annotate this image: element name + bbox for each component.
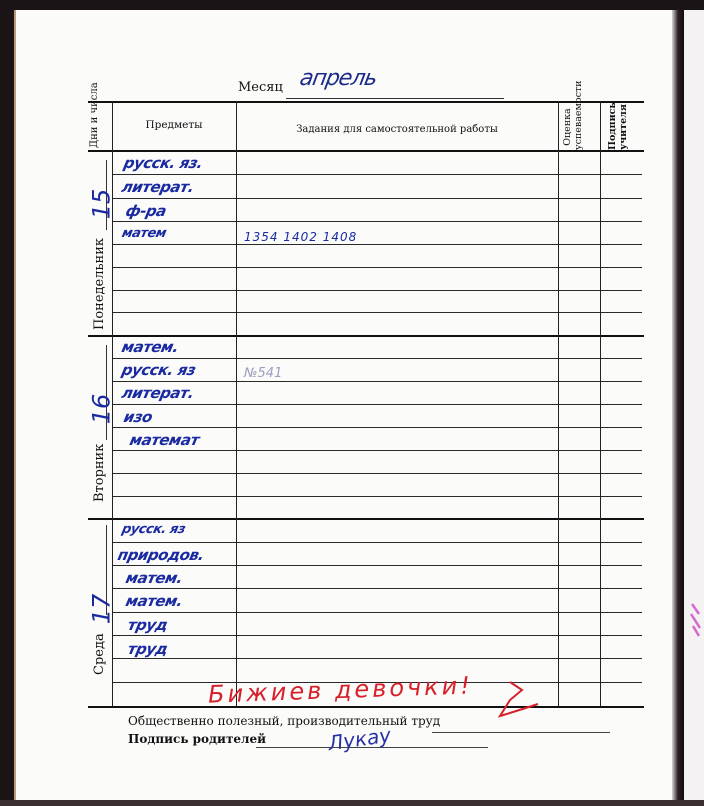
subject-cell: природов. (116, 546, 206, 564)
subject-cell: математ (128, 431, 201, 449)
date-wednesday: 17 (87, 594, 115, 625)
table-bottom-border (88, 706, 644, 708)
grade-column-divider (600, 101, 601, 706)
table-top-border (88, 101, 644, 103)
row-line (112, 450, 642, 451)
header-tasks: Задания для самостоятельной работы (236, 124, 558, 135)
date-tuesday: 16 (87, 394, 115, 425)
subject-cell: матем. (124, 592, 184, 610)
task-cell: 1354 1402 1408 (244, 230, 357, 244)
subject-cell: труд (126, 640, 169, 658)
tuesday-bottom-border (88, 518, 644, 520)
subject-cell: труд (126, 616, 169, 634)
row-line (112, 427, 642, 428)
row-line (112, 290, 642, 291)
subject-cell: матем. (120, 338, 180, 356)
month-label: Месяц (238, 80, 283, 95)
red-squiggle-icon (480, 680, 540, 730)
row-line (112, 198, 642, 199)
row-line (112, 404, 642, 405)
row-line (112, 244, 642, 245)
row-line (112, 496, 642, 497)
row-line (112, 358, 642, 359)
subject-cell: русск. яз (120, 522, 186, 537)
row-line (112, 635, 642, 636)
row-line (112, 658, 642, 659)
subject-cell: литерат. (120, 178, 195, 196)
book-spine (672, 10, 684, 806)
subject-cell: русск. яз (120, 361, 197, 379)
row-line (112, 221, 642, 222)
tasks-column-divider (558, 101, 559, 706)
header-days: Дни и числа (89, 102, 100, 148)
header-grade: Оценка успеваемости (563, 104, 584, 150)
page-bottom-edge (0, 800, 704, 806)
subjects-column-divider (236, 101, 237, 706)
row-line (112, 588, 642, 589)
row-line (112, 612, 642, 613)
header-teacher-signature: Подпись учителя (607, 104, 629, 150)
date-monday: 15 (87, 189, 115, 220)
weekday-tuesday: Вторник (92, 444, 107, 502)
labor-line (432, 732, 610, 733)
row-line (112, 174, 642, 175)
labor-label: Общественно полезный, производительный т… (128, 714, 440, 728)
row-line (112, 312, 642, 313)
task-cell: №541 (244, 366, 282, 381)
pink-mark-icon (690, 600, 702, 640)
subject-cell: матем. (124, 569, 184, 587)
weekday-wednesday: Среда (92, 633, 107, 675)
subject-cell: матем (120, 226, 167, 241)
header-subjects: Предметы (112, 119, 236, 131)
header-bottom-border (88, 150, 644, 152)
month-underline (286, 98, 504, 99)
monday-bottom-border (88, 335, 644, 337)
row-line (112, 473, 642, 474)
row-line (112, 381, 642, 382)
weekday-monday: Понедельник (92, 238, 107, 330)
subject-cell: литерат. (120, 384, 195, 402)
subject-cell: русск. яз. (122, 154, 204, 172)
parent-signature-label: Подпись родителей (128, 732, 266, 746)
subject-cell: ф-ра (124, 202, 168, 220)
month-value: апрель (298, 66, 379, 91)
date-line (106, 345, 107, 440)
row-line (112, 565, 642, 566)
subject-cell: изо (122, 408, 154, 426)
row-line (112, 267, 642, 268)
row-line (112, 542, 642, 543)
next-page-edge (684, 10, 704, 802)
